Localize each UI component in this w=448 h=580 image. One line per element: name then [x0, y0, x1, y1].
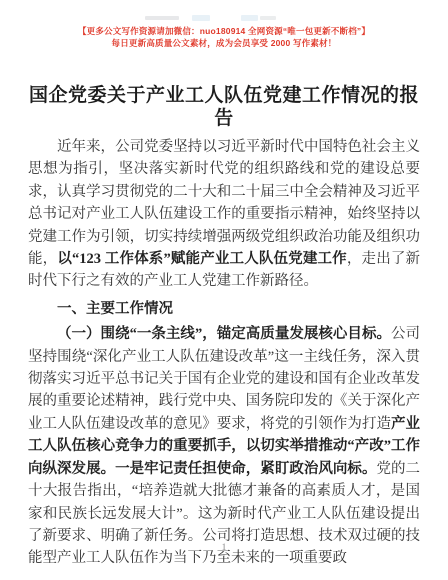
document-body: 近年来，公司党委坚持以习近平新时代中国特色社会主义思想为指引，坚决落实新时代党的… — [28, 136, 420, 570]
faded-artifact — [145, 16, 179, 20]
section-heading: 一、主要工作情况 — [28, 298, 420, 320]
faded-artifact — [260, 16, 276, 20]
paragraph-section-one: （一）围绕“一条主线”，锚定高质量发展核心目标。公司坚持围绕“深化产业工人队伍建… — [28, 323, 420, 569]
page-number: 1 — [0, 543, 448, 553]
document-title: 国企党委关于产业工人队伍党建工作情况的报告 — [24, 85, 424, 130]
faded-artifact — [192, 15, 210, 21]
promo-line2: 每日更新高质量公文素材，成为会员享受 2000 写作素材！ — [0, 37, 448, 49]
faded-artifact — [241, 15, 258, 21]
document-page: 【更多公文写作资源请加微信：nuo180914 全网资源“唯一包更新不断档”】 … — [0, 0, 448, 580]
promo-line1: 【更多公文写作资源请加微信：nuo180914 全网资源“唯一包更新不断档”】 — [0, 25, 448, 37]
paragraph-intro: 近年来，公司党委坚持以习近平新时代中国特色社会主义思想为指引，坚决落实新时代党的… — [28, 136, 420, 293]
promo-banner: 【更多公文写作资源请加微信：nuo180914 全网资源“唯一包更新不断档”】 … — [0, 25, 448, 49]
